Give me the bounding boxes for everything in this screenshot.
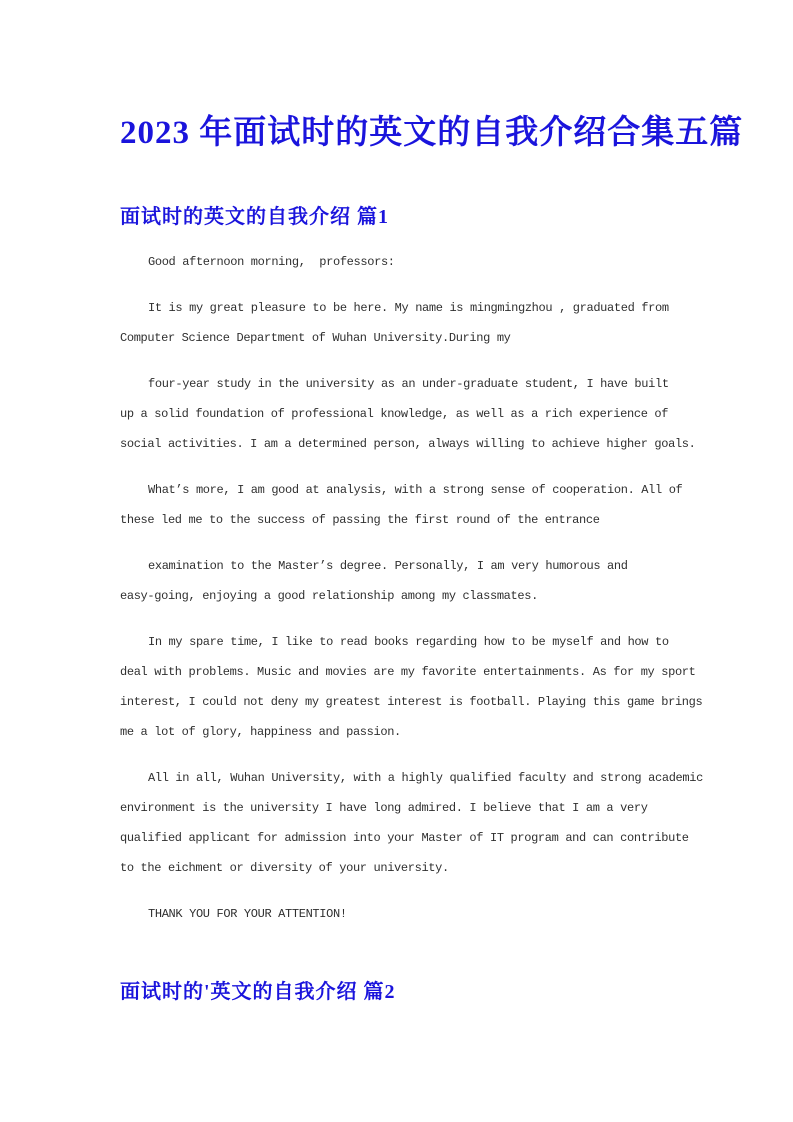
section-1-heading: 面试时的英文的自我介绍 篇1 [120,204,677,230]
section-2-heading: 面试时的'英文的自我介绍 篇2 [120,979,677,1005]
document-title: 2023 年面试时的英文的自我介绍合集五篇 [120,109,677,157]
paragraph: four-year study in the university as an … [120,369,677,459]
text-line: What’s more, I am good at analysis, with… [120,475,677,505]
text-line: social activities. I am a determined per… [120,429,677,459]
text-line: THANK YOU FOR YOUR ATTENTION! [120,899,677,929]
text-line: qualified applicant for admission into y… [120,823,677,853]
paragraph: Good afternoon morning, professors: [120,247,677,277]
text-line: Computer Science Department of Wuhan Uni… [120,323,677,353]
text-line: environment is the university I have lon… [120,793,677,823]
text-line: up a solid foundation of professional kn… [120,399,677,429]
document-page: 2023 年面试时的英文的自我介绍合集五篇 面试时的英文的自我介绍 篇1 Goo… [0,0,793,1122]
section-1: 面试时的英文的自我介绍 篇1 Good afternoon morning, p… [120,204,677,929]
text-line: easy-going, enjoying a good relationship… [120,581,677,611]
text-line: All in all, Wuhan University, with a hig… [120,763,677,793]
text-line: examination to the Master’s degree. Pers… [120,551,677,581]
paragraph: THANK YOU FOR YOUR ATTENTION! [120,899,677,929]
paragraph: It is my great pleasure to be here. My n… [120,293,677,353]
paragraph: What’s more, I am good at analysis, with… [120,475,677,535]
paragraph: All in all, Wuhan University, with a hig… [120,763,677,883]
text-line: interest, I could not deny my greatest i… [120,687,677,717]
paragraph: examination to the Master’s degree. Pers… [120,551,677,611]
text-line: deal with problems. Music and movies are… [120,657,677,687]
text-line: four-year study in the university as an … [120,369,677,399]
text-line: these led me to the success of passing t… [120,505,677,535]
text-line: It is my great pleasure to be here. My n… [120,293,677,323]
text-line: Good afternoon morning, professors: [120,247,677,277]
text-line: In my spare time, I like to read books r… [120,627,677,657]
text-line: to the eichment or diversity of your uni… [120,853,677,883]
paragraph: In my spare time, I like to read books r… [120,627,677,747]
text-line: me a lot of glory, happiness and passion… [120,717,677,747]
section-2: 面试时的'英文的自我介绍 篇2 [120,979,677,1005]
